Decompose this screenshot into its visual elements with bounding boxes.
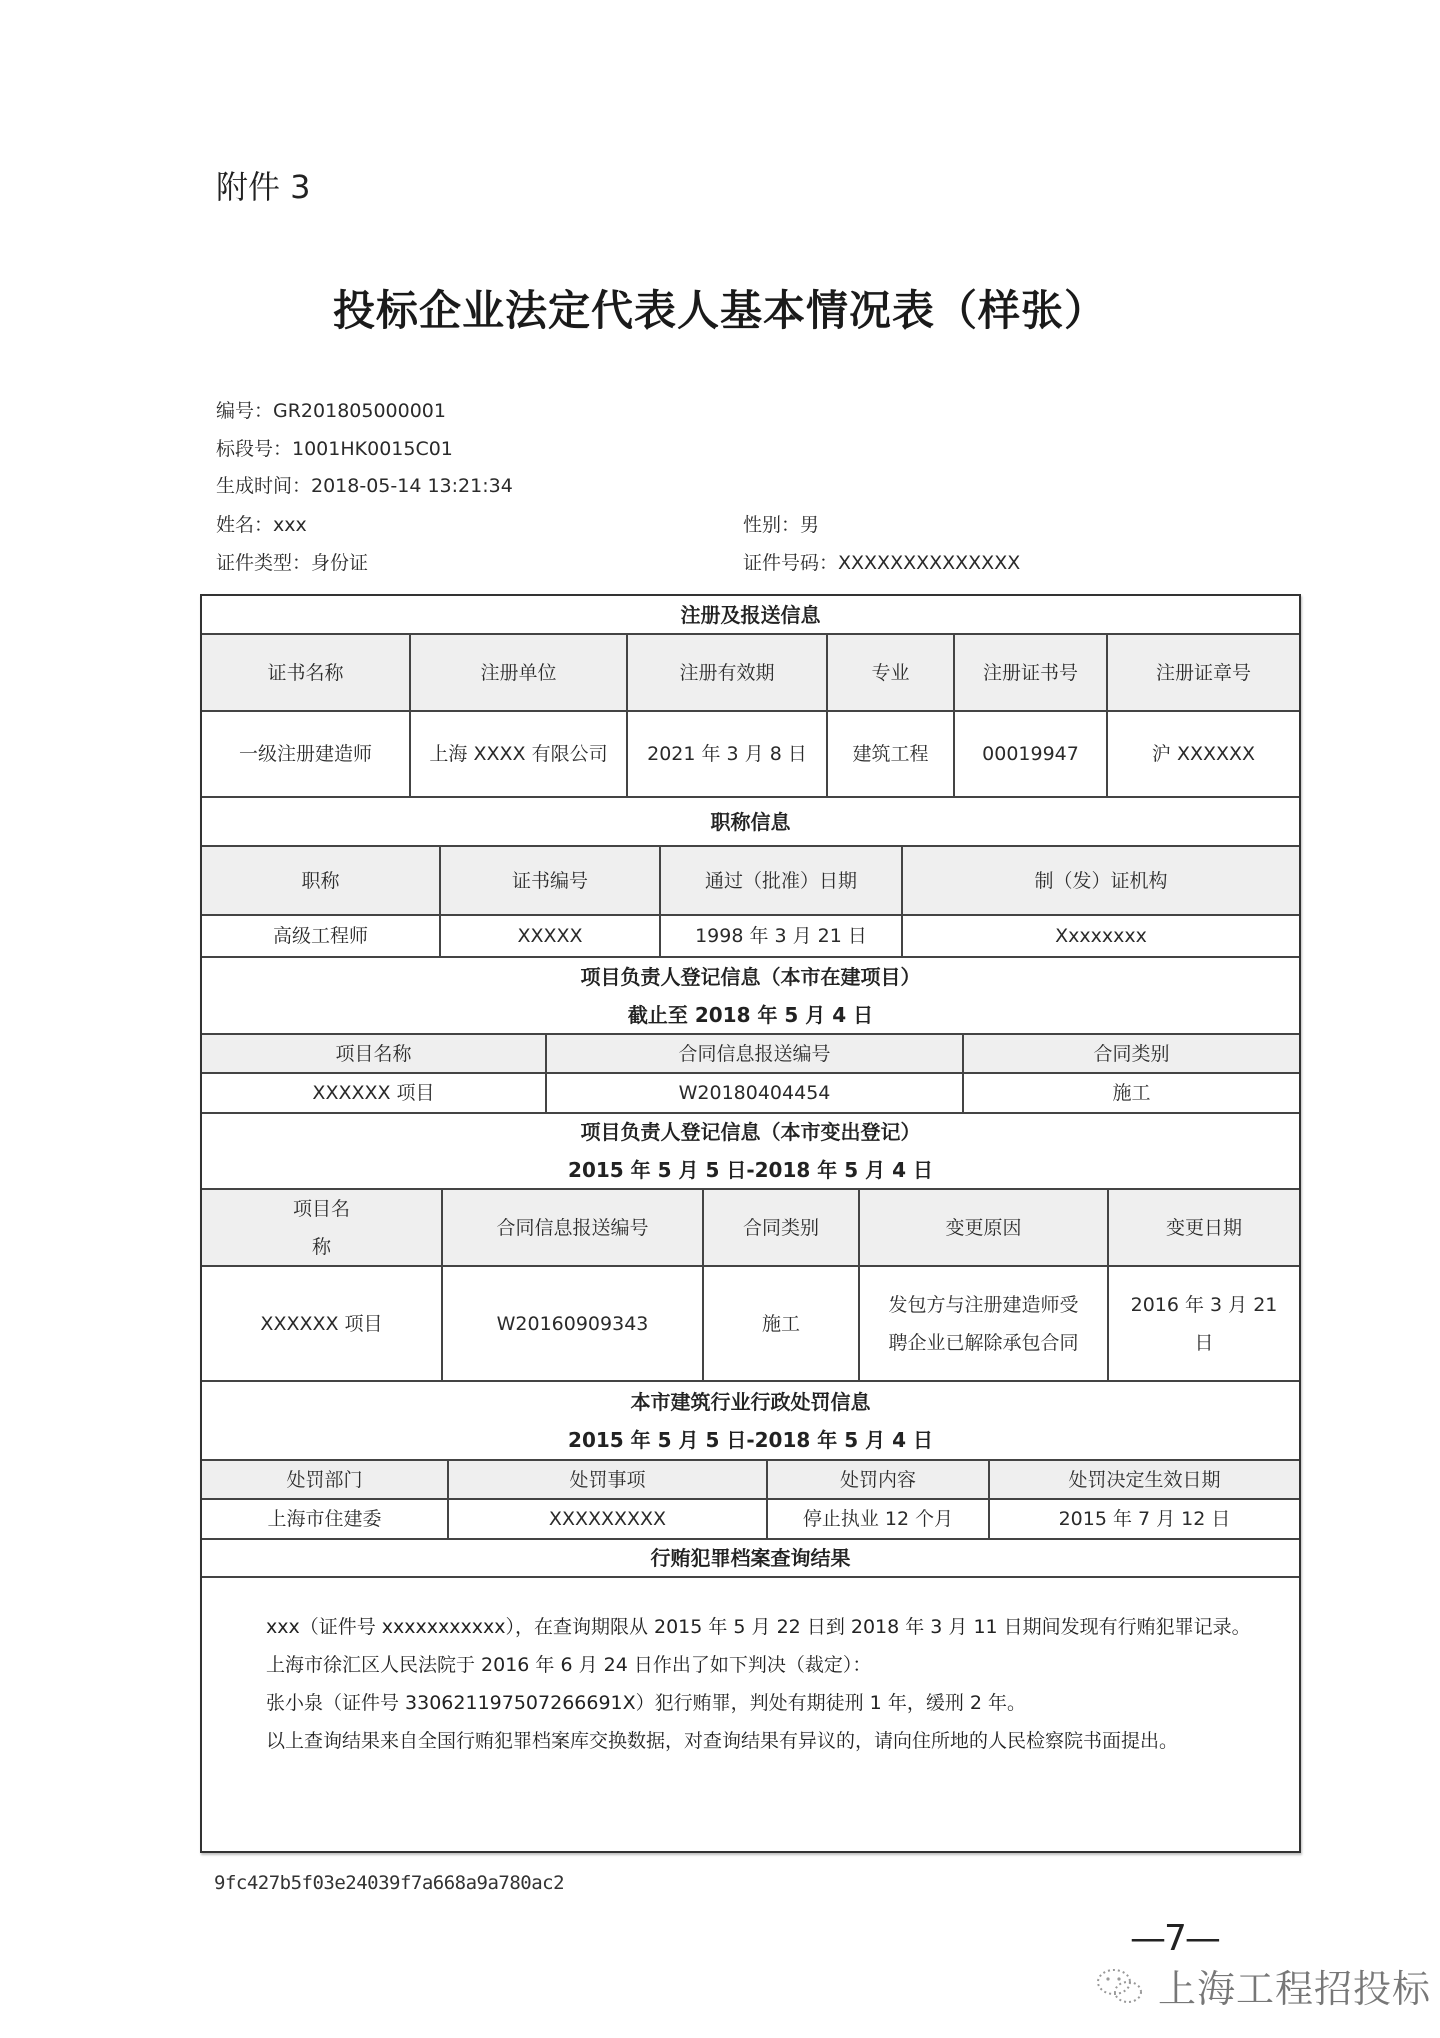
current-projects-header-row: 项目名称 合同信息报送编号 合同类别: [202, 1035, 1299, 1074]
header-cert-number: 证书编号: [439, 847, 659, 914]
watermark: 上海工程招投标: [1092, 1958, 1431, 2013]
current-projects-subtitle: 截止至 2018 年 5 月 4 日: [628, 996, 873, 1034]
bribery-paragraph: xxx（证件号 xxxxxxxxxxx），在查询期限从 2015 年 5 月 2…: [216, 1608, 1285, 1646]
penalties-subtitle: 2015 年 5 月 5 日-2018 年 5 月 4 日: [568, 1421, 933, 1459]
bribery-paragraph: 上海市徐汇区人民法院于 2016 年 6 月 24 日作出了如下判决（裁定）：: [216, 1646, 1285, 1684]
penalties-header-row: 处罚部门 处罚事项 处罚内容 处罚决定生效日期: [202, 1461, 1299, 1500]
contract-type: 施工: [702, 1267, 858, 1380]
changed-projects-title-block: 项目负责人登记信息（本市变出登记） 2015 年 5 月 5 日-2018 年 …: [202, 1114, 1299, 1188]
header-penalty-matter: 处罚事项: [447, 1461, 766, 1498]
change-date: 2016 年 3 月 21 日: [1107, 1267, 1299, 1380]
changed-projects-subtitle: 2015 年 5 月 5 日-2018 年 5 月 4 日: [568, 1151, 933, 1189]
penalty-dept: 上海市住建委: [202, 1500, 447, 1538]
title-section-title-row: 职称信息: [202, 798, 1299, 847]
bribery-paragraph: 以上查询结果来自全国行贿犯罪档案库交换数据，对查询结果有异议的，请向住所地的人民…: [216, 1722, 1285, 1760]
header-project-name: 项目名称: [202, 1035, 545, 1072]
wechat-icon: [1092, 1964, 1148, 2008]
id-number: 证件号码：XXXXXXXXXXXXXX: [743, 548, 1020, 575]
professional-title: 高级工程师: [202, 916, 439, 956]
header-reg-seal-no: 注册证章号: [1106, 635, 1299, 710]
reg-seal-no: 沪 XXXXXX: [1106, 712, 1299, 796]
changed-projects-header-row: 项目名称 合同信息报送编号 合同类别 变更原因 变更日期: [202, 1190, 1299, 1267]
title-section-title: 职称信息: [202, 798, 1299, 845]
current-projects-title-block: 项目负责人登记信息（本市在建项目） 截止至 2018 年 5 月 4 日: [202, 958, 1299, 1033]
issuing-authority: Xxxxxxxx: [901, 916, 1299, 956]
penalties-title-row: 本市建筑行业行政处罚信息 2015 年 5 月 5 日-2018 年 5 月 4…: [202, 1382, 1299, 1461]
info-table: 注册及报送信息 证书名称 注册单位 注册有效期 专业 注册证书号 注册证章号 一…: [200, 594, 1301, 1853]
penalties-data-row: 上海市住建委 XXXXXXXXX 停止执业 12 个月 2015 年 7 月 1…: [202, 1500, 1299, 1540]
penalty-effective-date: 2015 年 7 月 12 日: [988, 1500, 1299, 1538]
header-project-name: 项目名称: [202, 1190, 441, 1265]
change-reason: 发包方与注册建造师受聘企业已解除承包合同: [858, 1267, 1107, 1380]
id-type: 证件类型：身份证: [216, 548, 368, 575]
header-reg-unit: 注册单位: [409, 635, 626, 710]
attachment-label: 附件 3: [216, 162, 311, 208]
title-header-row: 职称 证书编号 通过（批准）日期 制（发）证机构: [202, 847, 1299, 916]
header-change-date: 变更日期: [1107, 1190, 1299, 1265]
penalty-matter: XXXXXXXXX: [447, 1500, 766, 1538]
penalty-content: 停止执业 12 个月: [766, 1500, 988, 1538]
generated-time: 生成时间：2018-05-14 13:21:34: [216, 471, 513, 498]
header-professional-title: 职称: [202, 847, 439, 914]
header-specialty: 专业: [826, 635, 953, 710]
page-number: —7—: [1130, 1918, 1219, 1959]
specialty: 建筑工程: [826, 712, 953, 796]
header-penalty-content: 处罚内容: [766, 1461, 988, 1498]
watermark-text: 上海工程招投标: [1158, 1958, 1431, 2013]
changed-projects-title-row: 项目负责人登记信息（本市变出登记） 2015 年 5 月 5 日-2018 年 …: [202, 1114, 1299, 1190]
approval-date: 1998 年 3 月 21 日: [659, 916, 901, 956]
header-contract-type: 合同类别: [702, 1190, 858, 1265]
current-projects-data-row: XXXXXX 项目 W20180404454 施工: [202, 1074, 1299, 1114]
document-title: 投标企业法定代表人基本情况表（样张）: [0, 278, 1440, 338]
current-projects-title-row: 项目负责人登记信息（本市在建项目） 截止至 2018 年 5 月 4 日: [202, 958, 1299, 1035]
registration-header-row: 证书名称 注册单位 注册有效期 专业 注册证书号 注册证章号: [202, 635, 1299, 712]
changed-projects-title: 项目负责人登记信息（本市变出登记）: [581, 1113, 921, 1151]
bribery-title: 行贿犯罪档案查询结果: [202, 1540, 1299, 1576]
reg-cert-no: 00019947: [953, 712, 1106, 796]
contract-type: 施工: [962, 1074, 1299, 1112]
project-name: XXXXXX 项目: [202, 1074, 545, 1112]
current-projects-title: 项目负责人登记信息（本市在建项目）: [581, 958, 921, 996]
contract-report-no: W20160909343: [441, 1267, 702, 1380]
cert-number: XXXXX: [439, 916, 659, 956]
header-issuing-authority: 制（发）证机构: [901, 847, 1299, 914]
reg-validity: 2021 年 3 月 8 日: [626, 712, 826, 796]
header-penalty-dept: 处罚部门: [202, 1461, 447, 1498]
bribery-title-row: 行贿犯罪档案查询结果: [202, 1540, 1299, 1578]
header-contract-type: 合同类别: [962, 1035, 1299, 1072]
header-cert-name: 证书名称: [202, 635, 409, 710]
project-name: XXXXXX 项目: [202, 1267, 441, 1380]
section-number: 标段号：1001HK0015C01: [216, 434, 453, 461]
registration-section-title-row: 注册及报送信息: [202, 596, 1299, 635]
cert-name: 一级注册建造师: [202, 712, 409, 796]
penalties-title-block: 本市建筑行业行政处罚信息 2015 年 5 月 5 日-2018 年 5 月 4…: [202, 1382, 1299, 1459]
title-data-row: 高级工程师 XXXXX 1998 年 3 月 21 日 Xxxxxxxx: [202, 916, 1299, 958]
header-contract-report-no: 合同信息报送编号: [545, 1035, 962, 1072]
serial-number: 编号：GR201805000001: [216, 396, 446, 423]
bribery-paragraph: 张小泉（证件号 330621197507266691X）犯行贿罪，判处有期徒刑 …: [216, 1684, 1285, 1722]
header-contract-report-no: 合同信息报送编号: [441, 1190, 702, 1265]
reg-unit: 上海 XXXX 有限公司: [409, 712, 626, 796]
header-approval-date: 通过（批准）日期: [659, 847, 901, 914]
penalties-title: 本市建筑行业行政处罚信息: [631, 1383, 871, 1421]
registration-data-row: 一级注册建造师 上海 XXXX 有限公司 2021 年 3 月 8 日 建筑工程…: [202, 712, 1299, 798]
header-penalty-effective-date: 处罚决定生效日期: [988, 1461, 1299, 1498]
registration-section-title: 注册及报送信息: [202, 596, 1299, 633]
bribery-result-text: xxx（证件号 xxxxxxxxxxx），在查询期限从 2015 年 5 月 2…: [202, 1578, 1299, 1760]
person-gender: 性别：男: [743, 510, 819, 537]
header-change-reason: 变更原因: [858, 1190, 1107, 1265]
changed-projects-data-row: XXXXXX 项目 W20160909343 施工 发包方与注册建造师受聘企业已…: [202, 1267, 1299, 1382]
person-name: 姓名：xxx: [216, 510, 307, 537]
header-reg-validity: 注册有效期: [626, 635, 826, 710]
header-reg-cert-no: 注册证书号: [953, 635, 1106, 710]
document-hash: 9fc427b5f03e24039f7a668a9a780ac2: [214, 1872, 564, 1894]
contract-report-no: W20180404454: [545, 1074, 962, 1112]
